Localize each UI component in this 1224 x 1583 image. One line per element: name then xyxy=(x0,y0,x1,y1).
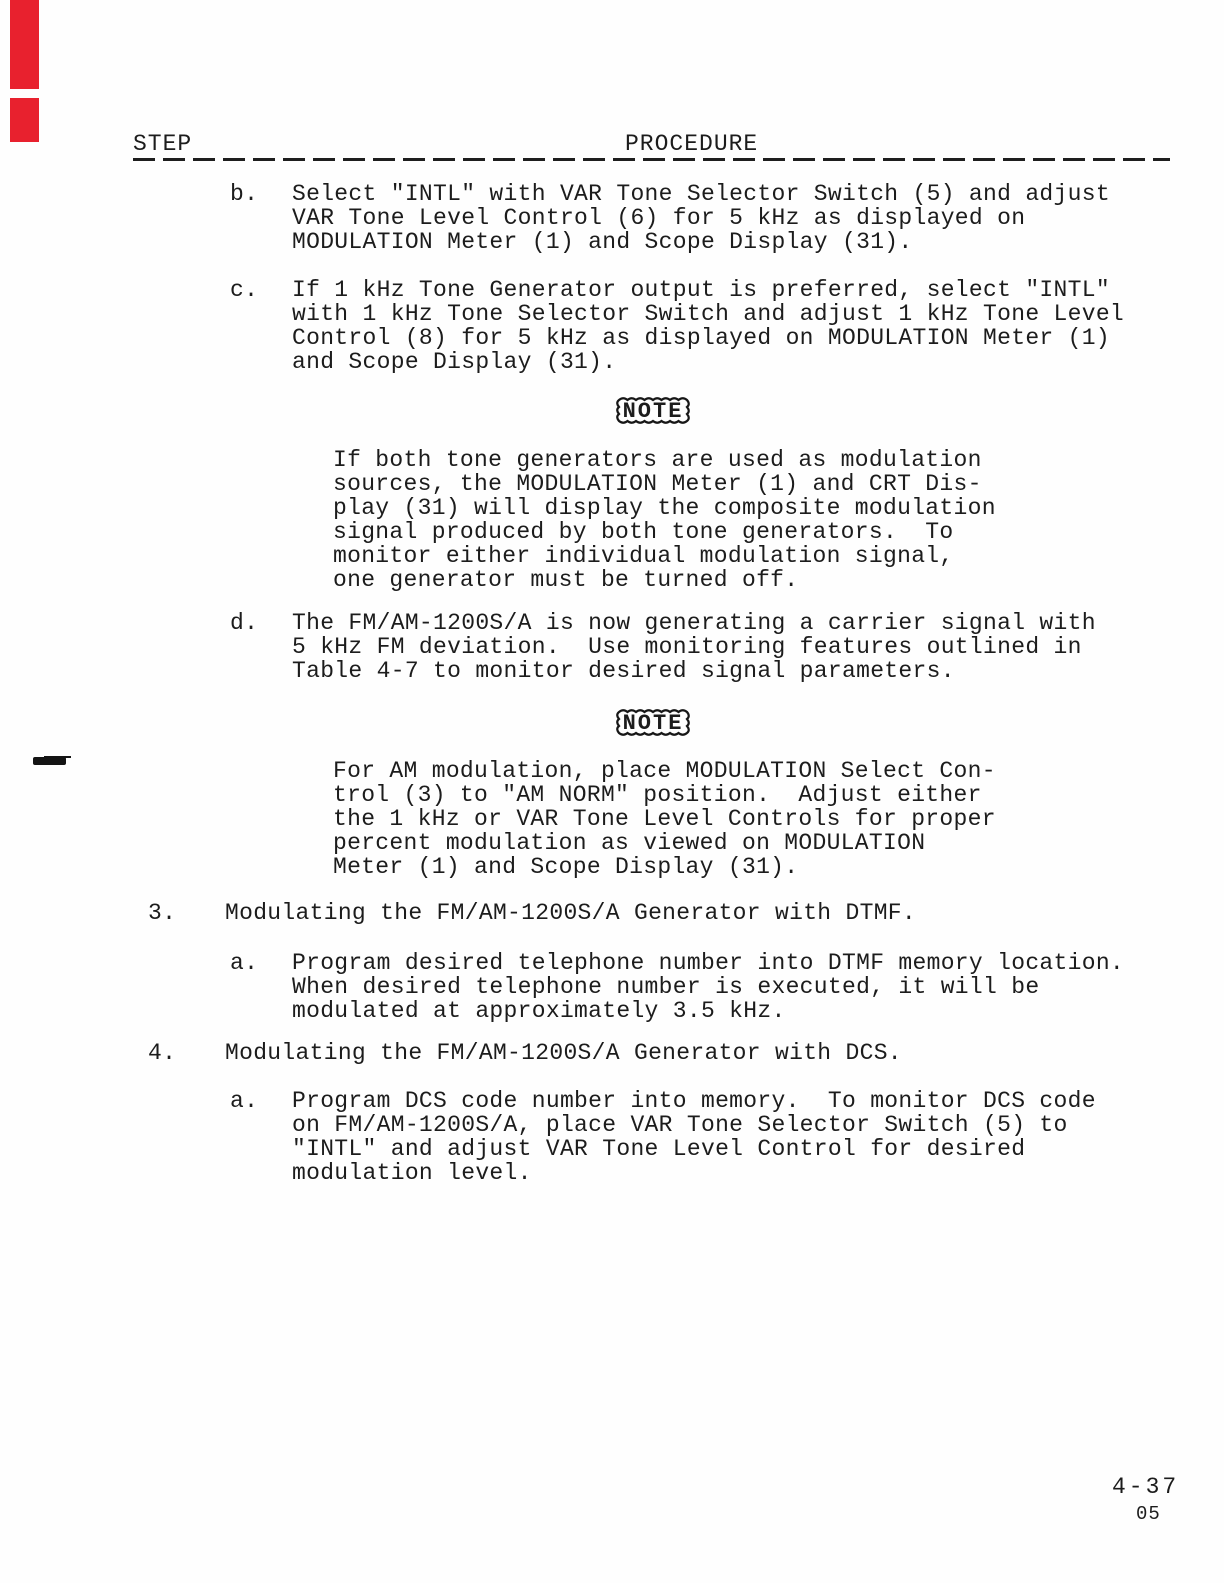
note-1-paragraph: If both tone generators are used as modu… xyxy=(333,448,996,592)
column-header-step: STEP xyxy=(133,132,192,156)
column-header-procedure: PROCEDURE xyxy=(625,132,758,156)
red-change-bar-top xyxy=(10,0,39,89)
item-3a-text: Program desired telephone number into DT… xyxy=(292,951,1124,1023)
header-rule xyxy=(133,158,1170,161)
red-change-bar-second xyxy=(10,98,39,142)
change-bar-dash xyxy=(33,757,66,765)
note-label: NOTE xyxy=(614,706,692,739)
item-3-text: Modulating the FM/AM-1200S/A Generator w… xyxy=(225,901,916,925)
note-2-paragraph: For AM modulation, place MODULATION Sele… xyxy=(333,759,996,879)
item-4-label: 4. xyxy=(148,1041,176,1065)
item-3-label: 3. xyxy=(148,901,176,925)
item-3a-label: a. xyxy=(230,951,258,975)
item-4-text: Modulating the FM/AM-1200S/A Generator w… xyxy=(225,1041,902,1065)
item-d-text: The FM/AM-1200S/A is now generating a ca… xyxy=(292,611,1096,683)
item-b-label: b. xyxy=(230,182,258,206)
item-4a-text: Program DCS code number into memory. To … xyxy=(292,1089,1096,1185)
item-d-label: d. xyxy=(230,611,258,635)
note-box-1: NOTE xyxy=(614,394,692,427)
revision-number: 05 xyxy=(1136,1503,1161,1525)
manual-page: STEP PROCEDURE b. Select "INTL" with VAR… xyxy=(0,0,1224,1583)
item-b-text: Select "INTL" with VAR Tone Selector Swi… xyxy=(292,182,1110,254)
item-c-text: If 1 kHz Tone Generator output is prefer… xyxy=(292,278,1124,374)
page-number: 4-37 xyxy=(1112,1474,1179,1500)
note-label: NOTE xyxy=(614,394,692,427)
item-c-label: c. xyxy=(230,278,258,302)
note-box-2: NOTE xyxy=(614,706,692,739)
item-4a-label: a. xyxy=(230,1089,258,1113)
